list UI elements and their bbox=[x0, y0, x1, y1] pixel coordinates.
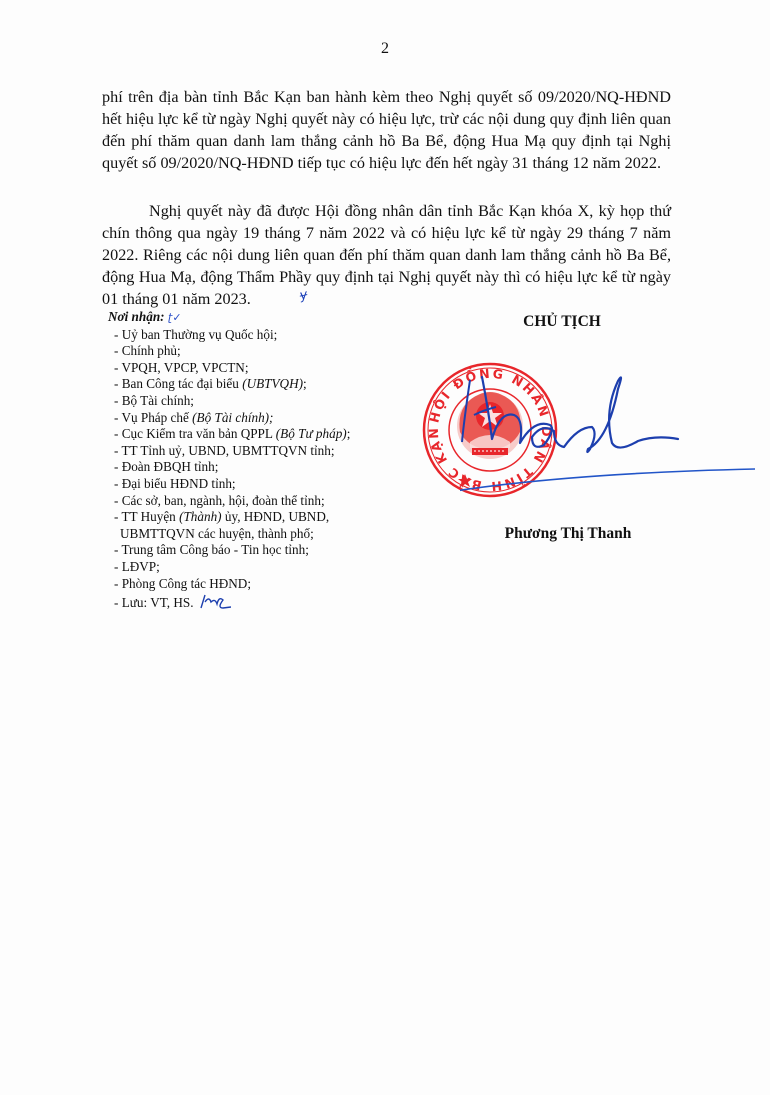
signer-name: Phương Thị Thanh bbox=[468, 525, 668, 543]
page-number: 2 bbox=[0, 40, 770, 58]
recipients-heading: Nơi nhận: ʈ✓ bbox=[108, 309, 414, 327]
handwritten-check-icon: ʈ✓ bbox=[165, 311, 182, 324]
recipient-item: - Phòng Công tác HĐND; bbox=[114, 576, 414, 593]
recipient-item: - Chính phủ; bbox=[114, 343, 414, 360]
handwritten-signature-icon bbox=[460, 365, 760, 500]
recipient-item: - VPQH, VPCP, VPCTN; bbox=[114, 360, 414, 377]
recipient-item: - Vụ Pháp chế (Bộ Tài chính); bbox=[114, 410, 414, 427]
recipient-item: - Bộ Tài chính; bbox=[114, 393, 414, 410]
recipient-item: - Đoàn ĐBQH tỉnh; bbox=[114, 459, 414, 476]
body-paragraph-1: phí trên địa bàn tỉnh Bắc Kạn ban hành k… bbox=[102, 86, 671, 174]
recipient-item: UBMTTQVN các huyện, thành phố; bbox=[114, 526, 414, 543]
recipients-list: - Uỷ ban Thường vụ Quốc hội;- Chính phủ;… bbox=[114, 327, 414, 612]
recipient-item: - Trung tâm Công báo - Tin học tỉnh; bbox=[114, 542, 414, 559]
handwritten-initials-icon bbox=[197, 592, 231, 610]
recipient-item: - LĐVP; bbox=[114, 559, 414, 576]
signer-title: CHỦ TỊCH bbox=[462, 313, 662, 331]
recipient-item: - Uỷ ban Thường vụ Quốc hội; bbox=[114, 327, 414, 344]
recipient-item: - Ban Công tác đại biểu (UBTVQH); bbox=[114, 376, 414, 393]
recipient-item: - Cục Kiểm tra văn bản QPPL (Bộ Tư pháp)… bbox=[114, 426, 414, 443]
recipient-item: - Đại biểu HĐND tỉnh; bbox=[114, 476, 414, 493]
recipients-block: Nơi nhận: ʈ✓ - Uỷ ban Thường vụ Quốc hội… bbox=[114, 309, 414, 612]
recipient-item: - Lưu: VT, HS. bbox=[114, 592, 414, 612]
paragraph-2-text: Nghị quyết này đã được Hội đồng nhân dân… bbox=[102, 202, 671, 308]
recipient-item: - Các sở, ban, ngành, hội, đoàn thể tỉnh… bbox=[114, 493, 414, 510]
recipient-item: - TT Huyện (Thành) ủy, HĐND, UBND, bbox=[114, 509, 414, 526]
body-paragraph-2: Nghị quyết này đã được Hội đồng nhân dân… bbox=[102, 200, 671, 312]
recipient-item: - TT Tỉnh uỷ, UBND, UBMTTQVN tỉnh; bbox=[114, 443, 414, 460]
recipients-heading-label: Nơi nhận: bbox=[108, 309, 165, 324]
